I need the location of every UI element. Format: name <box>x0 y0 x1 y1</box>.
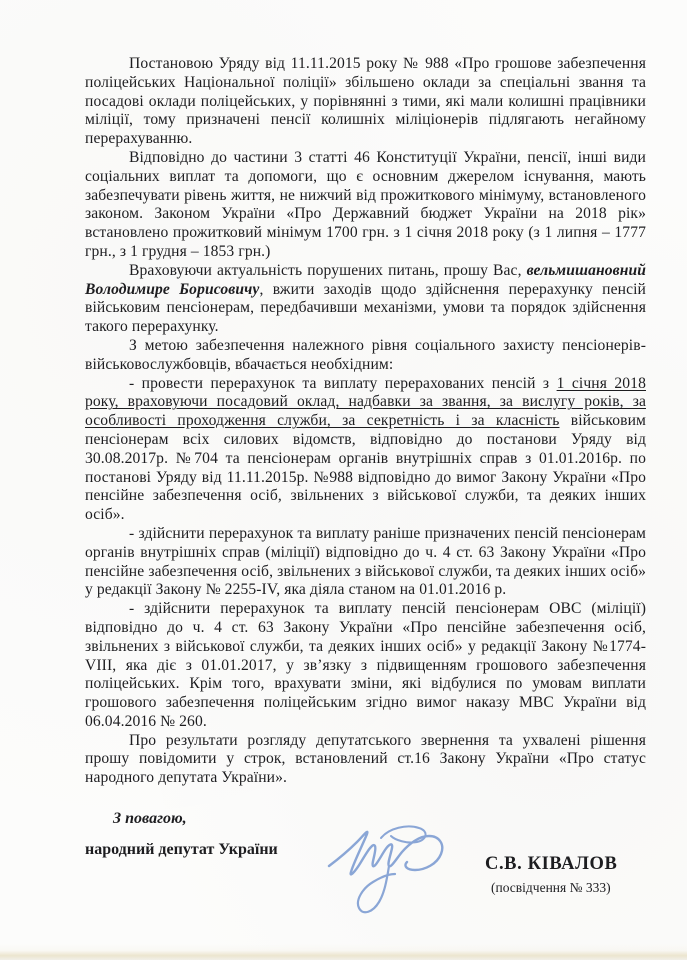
valediction: З повагою, <box>113 810 187 828</box>
signer-title: народний депутат України <box>85 841 278 859</box>
paragraph: Відповідно до частини 3 статті 46 Консти… <box>85 149 646 262</box>
paragraph: Враховуючи актуальність порушених питань… <box>85 262 646 337</box>
scanned-letter-page: Постановою Уряду від 11.11.2015 року № 9… <box>0 0 687 960</box>
text-segment: - здійснити перерахунок та виплату раніш… <box>85 525 646 598</box>
document-body: Постановою Уряду від 11.11.2015 року № 9… <box>85 55 646 788</box>
text-segment: З метою забезпечення належного рівня соц… <box>85 337 646 373</box>
text-segment: Враховуючи актуальність порушених питань… <box>129 262 527 279</box>
handwritten-signature <box>323 820 463 920</box>
signature-block: З повагою, народний депутат України С.В.… <box>85 808 646 938</box>
paragraph: Постановою Уряду від 11.11.2015 року № 9… <box>85 55 646 149</box>
paragraph: - здійснити перерахунок та виплату пенсі… <box>85 600 646 732</box>
paragraph: З метою забезпечення належного рівня соц… <box>85 337 646 375</box>
signature-ink-icon <box>323 907 463 924</box>
scan-bottom-edge <box>0 944 687 960</box>
signer-credential: (посвідчення № 333) <box>491 880 611 896</box>
text-segment: Відповідно до частини 3 статті 46 Консти… <box>85 149 646 260</box>
paragraph: - провести перерахунок та виплату перера… <box>85 375 646 525</box>
paragraph: - здійснити перерахунок та виплату раніш… <box>85 525 646 600</box>
text-segment: - провести перерахунок та виплату перера… <box>129 375 557 392</box>
text-segment: - здійснити перерахунок та виплату пенсі… <box>85 600 646 730</box>
text-segment: Постановою Уряду від 11.11.2015 року № 9… <box>85 55 646 147</box>
paragraph: Про результати розгляду депутатського зв… <box>85 732 646 788</box>
text-segment: Про результати розгляду депутатського зв… <box>85 732 646 787</box>
signer-name: С.В. КІВАЛОВ <box>485 854 617 875</box>
